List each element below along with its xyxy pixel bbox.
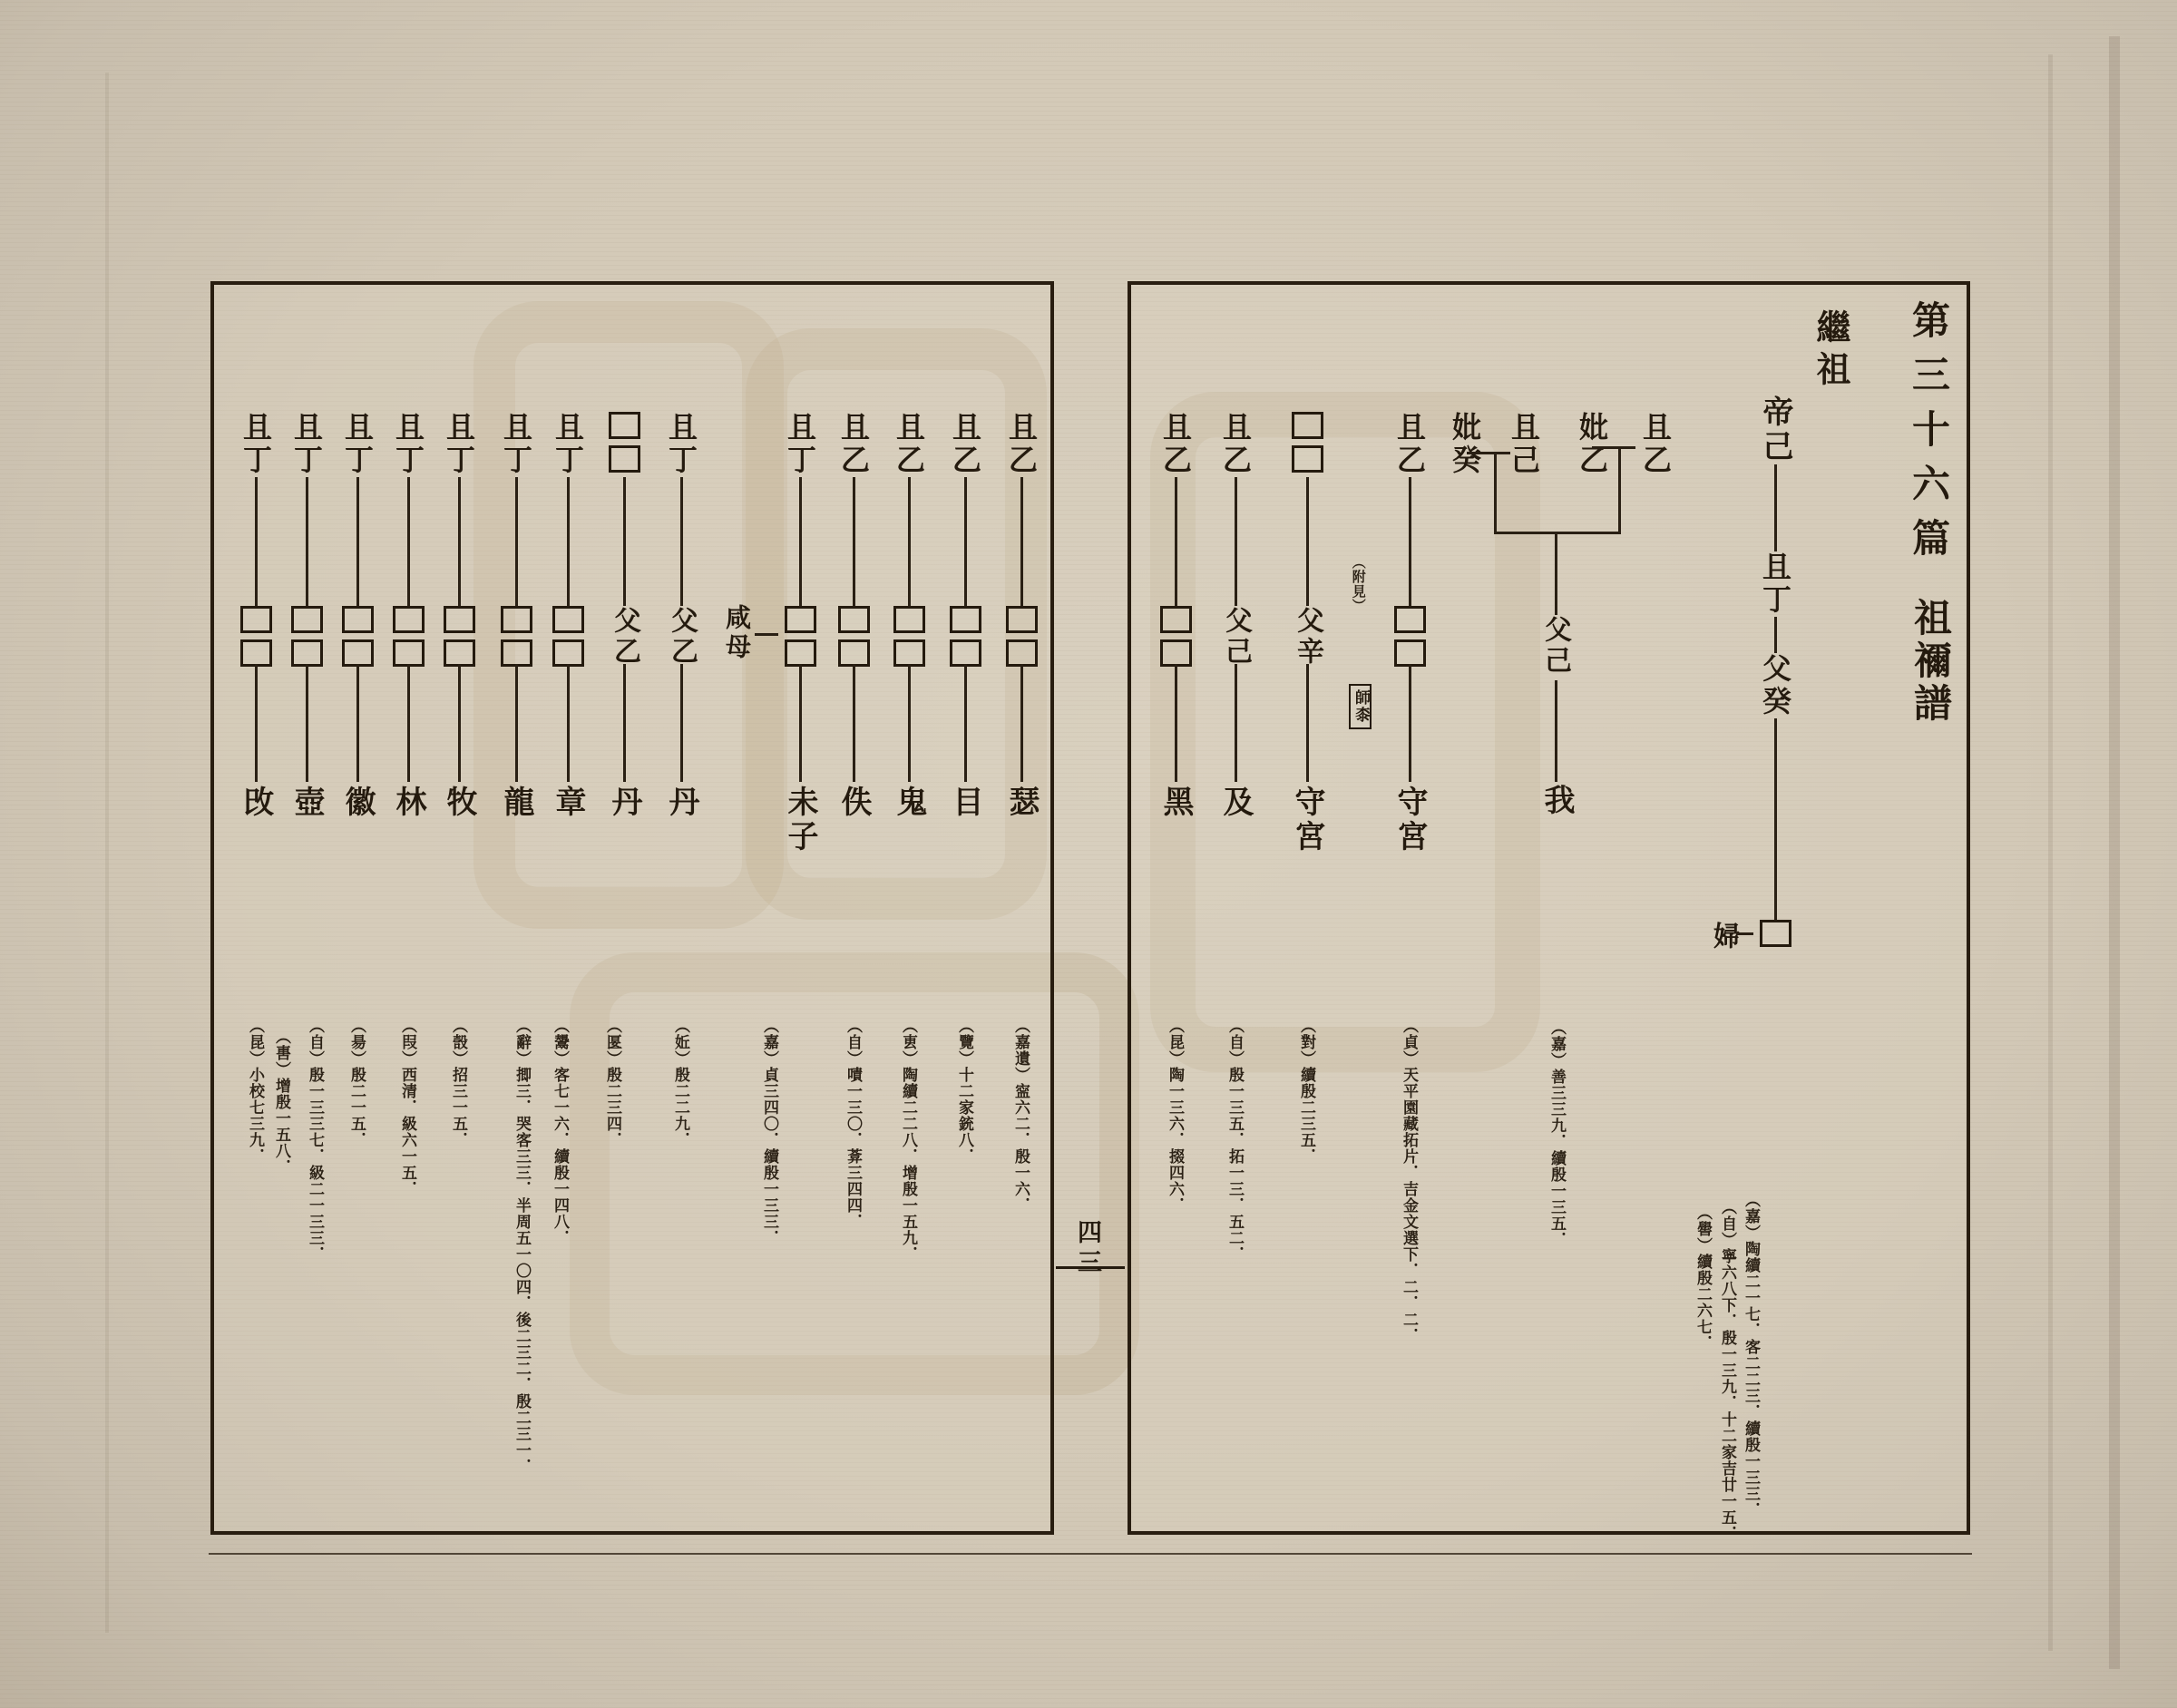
column-middle-band [1160, 606, 1192, 664]
column-middle-band [240, 606, 272, 664]
column-middle-band: 父辛 [1294, 606, 1321, 664]
descent-line [1774, 464, 1777, 551]
column-middle-band [950, 606, 981, 664]
undeciphered-name-boxes [444, 606, 475, 667]
undeciphered-name-box [609, 412, 640, 439]
undeciphered-name-box [393, 639, 425, 667]
descendant-name: 牧 [444, 786, 474, 820]
descent-line [255, 664, 258, 782]
descendant-name: 徽 [342, 786, 373, 820]
undeciphered-name-box [950, 606, 981, 633]
undeciphered-name-box [893, 639, 925, 667]
column-top-band: 且丁 [394, 412, 423, 477]
chapter-subtitle: 祖禰譜 [1911, 598, 1949, 726]
descent-line [908, 477, 911, 606]
descent-line [853, 664, 855, 782]
descent-line [908, 664, 911, 782]
undeciphered-name-box [444, 639, 475, 667]
descent-line [1175, 477, 1177, 606]
ancestor-name: 且乙 [951, 412, 980, 477]
lineage-column: 且乙鬼 [883, 412, 934, 820]
see-also-note: （附見） [1351, 555, 1366, 613]
father-name: 父乙 [610, 606, 638, 668]
left-page: 且乙瑟（嘉遺）寍六二．殷一六．且乙目（覽）十二家銃八．且乙鬼（叀）陶續二二八．增… [210, 281, 1054, 1535]
lineage-column: 且丁林 [383, 412, 434, 820]
descent-line [964, 477, 967, 606]
descent-line [1235, 664, 1237, 782]
descent-line [306, 664, 308, 782]
citation-note: （覽）十二家銃八． [955, 1018, 972, 1165]
citation-note: （叚）西清．級六一五． [398, 1018, 415, 1197]
lineage-column: 且丁牧 [434, 412, 484, 820]
descent-line [1235, 477, 1237, 606]
undeciphered-name-box [838, 639, 870, 667]
citation-note: （昆）小校七三九． [246, 1018, 263, 1165]
undeciphered-name-box [552, 606, 584, 633]
descendant-name: 黑 [1160, 786, 1191, 820]
descent-line [407, 477, 410, 606]
undeciphered-name-boxes [501, 606, 532, 667]
lineage-column-main: 帝己 且丁 父癸 婦 [1750, 395, 1801, 947]
descent-line [799, 664, 802, 782]
citation-note: （貞）天平園藏拓片．吉金文選下．二．二． [1400, 1018, 1417, 1344]
column-middle-band [1394, 606, 1426, 664]
citation-note: （自）嘖一三〇．葊三四四． [844, 1018, 861, 1230]
descent-line [1409, 664, 1411, 782]
citation-note: （嚳）續殷二六七． [1694, 1205, 1711, 1352]
undeciphered-name-box [838, 606, 870, 633]
section-label: 繼祖 [1813, 309, 1848, 393]
folio-number: 四三 [1075, 1219, 1099, 1279]
ancestor-name: 且丁 [553, 412, 582, 477]
descendant-name: 龍 [501, 786, 532, 820]
descendant-name: 章 [552, 786, 583, 820]
column-middle-band: 父乙 [668, 606, 695, 664]
bracket-line [1494, 532, 1621, 534]
diviner-label: 師桼 [1352, 689, 1368, 724]
ancestor-name: 且丁 [241, 412, 270, 477]
lineage-column: 父辛守宮 [1282, 412, 1333, 854]
undeciphered-name-box [291, 639, 323, 667]
descent-line [1555, 532, 1557, 615]
column-top-band: 且丁 [343, 412, 372, 477]
lineage-column: 且乙佚 [828, 412, 879, 820]
descent-line [1409, 477, 1411, 606]
descent-line [1020, 477, 1023, 606]
descendant-name: 丹 [666, 786, 697, 820]
lineage-column: 且丁未子咸母 [775, 412, 825, 854]
descent-line [458, 664, 461, 782]
undeciphered-name-boxes [342, 606, 374, 667]
column-top-band: 且丁 [667, 412, 696, 477]
column-top-band [609, 412, 640, 477]
descendant-name: 我 [1541, 784, 1572, 818]
descent-line [306, 477, 308, 606]
descent-line [1494, 452, 1497, 533]
descent-line [964, 664, 967, 782]
descent-line [1774, 718, 1777, 920]
undeciphered-name-box [1394, 639, 1426, 667]
undeciphered-name-box [1006, 639, 1038, 667]
undeciphered-name-boxes [1160, 606, 1192, 667]
descent-line [1306, 664, 1309, 782]
column-middle-band [393, 606, 425, 664]
lineage-column: 且乙父己及 [1210, 412, 1261, 820]
undeciphered-name-box [785, 606, 816, 633]
descendant-name: 及 [1220, 786, 1251, 820]
column-top-band: 且丁 [292, 412, 321, 477]
column-top-band: 且乙 [1395, 412, 1424, 477]
undeciphered-name-boxes [552, 606, 584, 667]
marriage-line [1592, 446, 1635, 449]
citation-note: （叀）陶續二二八．增殷一五九． [899, 1018, 916, 1263]
ancestor-name: 且乙 [1161, 412, 1190, 477]
undeciphered-name-boxes [609, 412, 640, 473]
column-top-band [1292, 412, 1323, 477]
descendant-name: 佚 [838, 786, 869, 820]
scanned-book-spread: 第三十六篇 祖禰譜 繼祖 帝己 且丁 父癸 婦 （嘉）陶續二一七．客二二三．續殷… [0, 0, 2177, 1708]
father-name: 父乙 [668, 606, 695, 668]
ancestor-name: 且丁 [502, 412, 531, 477]
ancestor-name: 且乙 [1641, 412, 1670, 477]
undeciphered-name-box [893, 606, 925, 633]
descendant-name: 守宮 [1394, 786, 1425, 854]
side-label: 咸母 [724, 604, 749, 662]
lineage-column: 且丁父乙丹 [656, 412, 707, 820]
column-middle-band [342, 606, 374, 664]
descent-line [515, 477, 518, 606]
undeciphered-name-boxes [785, 606, 816, 667]
column-middle-band [893, 606, 925, 664]
son-name: 父己 [1541, 615, 1568, 677]
citation-note: （嗀）招三一五． [449, 1018, 466, 1148]
marriage-line [1737, 932, 1753, 935]
undeciphered-name-box [1292, 412, 1323, 439]
citation-note: （㚱）殷二二九． [671, 1018, 688, 1148]
descent-line [567, 664, 570, 782]
citation-note: （對）續殷二三五． [1297, 1018, 1314, 1165]
citation-note: （自）殷一三三七．級二一三三． [306, 1018, 323, 1263]
ancestor-name: 且丁 [292, 412, 321, 477]
undeciphered-name-boxes [1394, 606, 1426, 667]
descent-line [1175, 664, 1177, 782]
undeciphered-name-boxes [838, 606, 870, 667]
citation-note: （自）寧六八下．殷一三九．十二家吉廿一五． [1718, 1199, 1735, 1542]
ancestor-name: 父癸 [1761, 653, 1790, 718]
undeciphered-name-box [552, 639, 584, 667]
lineage-column: 且乙黑 [1150, 412, 1201, 820]
undeciphered-name-boxes [393, 606, 425, 667]
lineage-column: 父乙丹 [599, 412, 649, 820]
undeciphered-name-box [1760, 920, 1791, 947]
paper-edge-shadow [105, 73, 109, 1633]
citation-note: （嘉遺）寍六二．殷一六． [1011, 1018, 1029, 1214]
ancestor-name: 且乙 [839, 412, 868, 477]
undeciphered-name-box [291, 606, 323, 633]
column-top-band: 且丁 [241, 412, 270, 477]
undeciphered-name-boxes [893, 606, 925, 667]
undeciphered-name-box [342, 639, 374, 667]
column-top-band: 且乙 [1007, 412, 1036, 477]
column-top-band: 且丁 [786, 412, 815, 477]
descent-line [458, 477, 461, 606]
column-top-band: 且丁 [553, 412, 582, 477]
column-middle-band [444, 606, 475, 664]
paper-edge-shadow [2048, 54, 2053, 1651]
descent-line [799, 477, 802, 606]
undeciphered-name-box [785, 639, 816, 667]
column-top-band: 且乙 [951, 412, 980, 477]
descent-line [356, 477, 359, 606]
citation-note: （嘉）陶續二一七．客二二三．續殷一三三． [1742, 1192, 1759, 1518]
column-top-band: 且乙 [894, 412, 923, 477]
descent-line [407, 664, 410, 782]
chapter-title: 第三十六篇 [1909, 300, 1948, 572]
descent-line [680, 477, 683, 606]
column-middle-band: 父乙 [610, 606, 638, 664]
column-middle-band [291, 606, 323, 664]
paper-edge-shadow [2109, 36, 2120, 1669]
father-name: 父辛 [1294, 606, 1321, 668]
descent-line [1020, 664, 1023, 782]
ancestor-name: 且丁 [394, 412, 423, 477]
column-top-band: 且丁 [444, 412, 473, 477]
descendant-name: 林 [393, 786, 424, 820]
undeciphered-name-box [609, 445, 640, 473]
undeciphered-name-boxes [1006, 606, 1038, 667]
descendant-name: 守宮 [1292, 786, 1323, 854]
column-top-band: 且丁 [502, 412, 531, 477]
undeciphered-name-box [950, 639, 981, 667]
undeciphered-name-box [501, 606, 532, 633]
descendant-name: 目 [950, 786, 981, 820]
lineage-column: 且丁壺 [281, 412, 332, 820]
column-top-band: 且乙 [1161, 412, 1190, 477]
descent-line [356, 664, 359, 782]
undeciphered-name-box [393, 606, 425, 633]
right-page: 第三十六篇 祖禰譜 繼祖 帝己 且丁 父癸 婦 （嘉）陶續二一七．客二二三．續殷… [1128, 281, 1970, 1535]
consort-name: 妣癸 [1450, 412, 1479, 477]
column-middle-band: 父己 [1222, 606, 1249, 664]
descent-line [515, 664, 518, 782]
descent-line [1618, 446, 1621, 533]
descent-line [680, 664, 683, 782]
citation-note: （昆）陶一三六．掇四六． [1166, 1018, 1183, 1214]
descent-line [853, 477, 855, 606]
undeciphered-name-box [501, 639, 532, 667]
descent-line [623, 664, 626, 782]
citation-note: （自）殷一三五．拓一三．五二． [1225, 1018, 1243, 1263]
ancestor-name: 且乙 [1395, 412, 1424, 477]
undeciphered-name-box [1394, 606, 1426, 633]
descendant-name: 未子 [785, 786, 815, 854]
ancestor-name: 且乙 [894, 412, 923, 477]
bottom-rule [209, 1553, 1972, 1555]
lineage-column: 且乙目 [940, 412, 991, 820]
diviner-label-box: 師桼 [1349, 684, 1372, 729]
marriage-line [755, 633, 778, 636]
marriage-line [1467, 452, 1510, 454]
undeciphered-name-box [444, 606, 475, 633]
ancestor-name: 且丁 [1761, 551, 1790, 617]
citation-note: （昜）殷二一五． [347, 1018, 365, 1148]
descendant-name: 攺 [240, 786, 271, 820]
column-middle-band [552, 606, 584, 664]
undeciphered-name-box [342, 606, 374, 633]
descent-line [1555, 680, 1557, 782]
lineage-column: 且丁章 [542, 412, 593, 820]
citation-note: （辭）揤三．哭客三三．半周五一〇四．後二三二．殷二三一． [513, 1018, 530, 1475]
citation-note: （匽）殷二三四． [603, 1018, 620, 1148]
descendant-name: 壺 [291, 786, 322, 820]
descent-line [1306, 477, 1309, 606]
column-middle-band [1006, 606, 1038, 664]
lineage-column: 且乙守宮 [1384, 412, 1435, 854]
column-middle-band [501, 606, 532, 664]
lineage-column: 且丁攺 [230, 412, 281, 820]
column-middle-band [838, 606, 870, 664]
father-name: 父己 [1222, 606, 1249, 668]
undeciphered-name-boxes [291, 606, 323, 667]
undeciphered-name-boxes [950, 606, 981, 667]
ancestor-name: 且乙 [1007, 412, 1036, 477]
column-middle-band [785, 606, 816, 664]
ancestor-name: 帝己 [1760, 395, 1791, 464]
undeciphered-name-box [1160, 639, 1192, 667]
citation-note: （嘉）貞三四〇．續殷一三三． [760, 1018, 777, 1246]
descent-line [1774, 617, 1777, 653]
ancestor-name: 且己 [1509, 412, 1538, 477]
citation-note: （嘉）善三三九．續殷一三五． [1547, 1020, 1565, 1248]
descendant-name: 鬼 [893, 786, 924, 820]
descent-line [255, 477, 258, 606]
consort-name: 妣乙 [1577, 412, 1606, 477]
column-top-band: 且乙 [1221, 412, 1250, 477]
lineage-column: 且乙瑟 [996, 412, 1047, 820]
undeciphered-name-box [1292, 445, 1323, 473]
undeciphered-name-box [240, 606, 272, 633]
ancestor-name: 且丁 [786, 412, 815, 477]
descendant-name: 瑟 [1006, 786, 1037, 820]
undeciphered-name-box [240, 639, 272, 667]
lineage-column: 且丁龍 [491, 412, 542, 820]
ancestor-name: 且丁 [444, 412, 473, 477]
citation-note: （鬹）客七一六．續殷一四八． [551, 1018, 568, 1246]
lineage-column: 且丁徽 [332, 412, 383, 820]
ancestor-name: 且丁 [343, 412, 372, 477]
descent-line [567, 477, 570, 606]
undeciphered-name-box [1160, 606, 1192, 633]
descendant-name: 丹 [609, 786, 639, 820]
column-top-band: 且乙 [839, 412, 868, 477]
ancestor-name: 且乙 [1221, 412, 1250, 477]
undeciphered-name-box [1006, 606, 1038, 633]
descent-line [623, 477, 626, 606]
undeciphered-name-boxes [1292, 412, 1323, 473]
ancestor-name: 且丁 [667, 412, 696, 477]
spouse-label: 婦 [1710, 922, 1737, 952]
undeciphered-name-boxes [240, 606, 272, 667]
citation-note: （軎）增殷一五八． [272, 1029, 289, 1176]
